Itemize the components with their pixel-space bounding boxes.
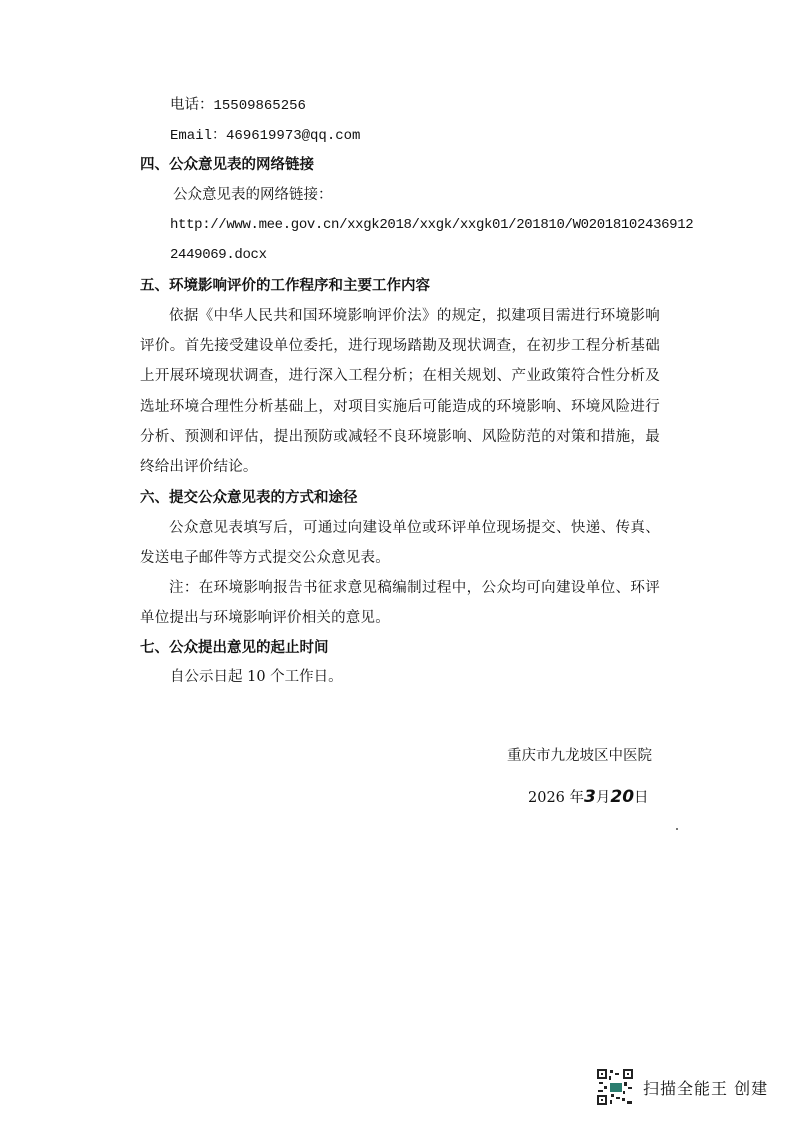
- email-line: Email：469619973@qq.com: [170, 125, 360, 146]
- section-heading-5: 五、环境影响评价的工作程序和主要工作内容: [140, 276, 430, 296]
- date-month-label: 月: [596, 790, 611, 806]
- qr-code-icon: [597, 1069, 633, 1105]
- email-label: Email：: [170, 128, 226, 144]
- date-day-handwritten: 20: [610, 787, 634, 807]
- section-6-note: 注：在环境影响报告书征求意见稿编制过程中，公众均可向建设单位、环评单位提出与环境…: [140, 573, 660, 633]
- scan-speck: [676, 828, 678, 830]
- section-6-paragraph-1: 公众意见表填写后，可通过向建设单位或环评单位现场提交、快递、传真、发送电子邮件等…: [140, 513, 660, 573]
- phone-value: 15509865256: [214, 98, 306, 114]
- scanner-watermark: 扫描全能王 创建: [597, 1069, 768, 1105]
- watermark-text: 扫描全能王 创建: [643, 1076, 768, 1099]
- section-5-paragraph: 依据《中华人民共和国环境影响评价法》的规定，拟建项目需进行环境影响评价。首先接受…: [140, 301, 660, 482]
- phone-label: 电话：: [170, 97, 214, 113]
- section-7-paragraph: 自公示日起 10 个工作日。: [170, 667, 343, 687]
- signature-organization: 重庆市九龙坡区中医院: [507, 746, 652, 766]
- form-link-line-2[interactable]: 2449069.docx: [170, 245, 267, 265]
- section-heading-7: 七、公众提出意见的起止时间: [140, 638, 329, 658]
- email-value: 469619973@qq.com: [226, 128, 360, 144]
- signature-date: 2026 年3月20日: [528, 787, 649, 808]
- date-day-label: 日: [634, 790, 649, 806]
- date-month-handwritten: 3: [584, 787, 596, 807]
- date-year: 2026 年: [528, 790, 584, 806]
- phone-line: 电话：15509865256: [170, 95, 306, 116]
- form-link-line-1[interactable]: http://www.mee.gov.cn/xxgk2018/xxgk/xxgk…: [170, 215, 693, 235]
- section-heading-4: 四、公众意见表的网络链接: [140, 155, 314, 175]
- section-heading-6: 六、提交公众意见表的方式和途径: [140, 488, 358, 508]
- link-intro: 公众意见表的网络链接：: [173, 185, 333, 205]
